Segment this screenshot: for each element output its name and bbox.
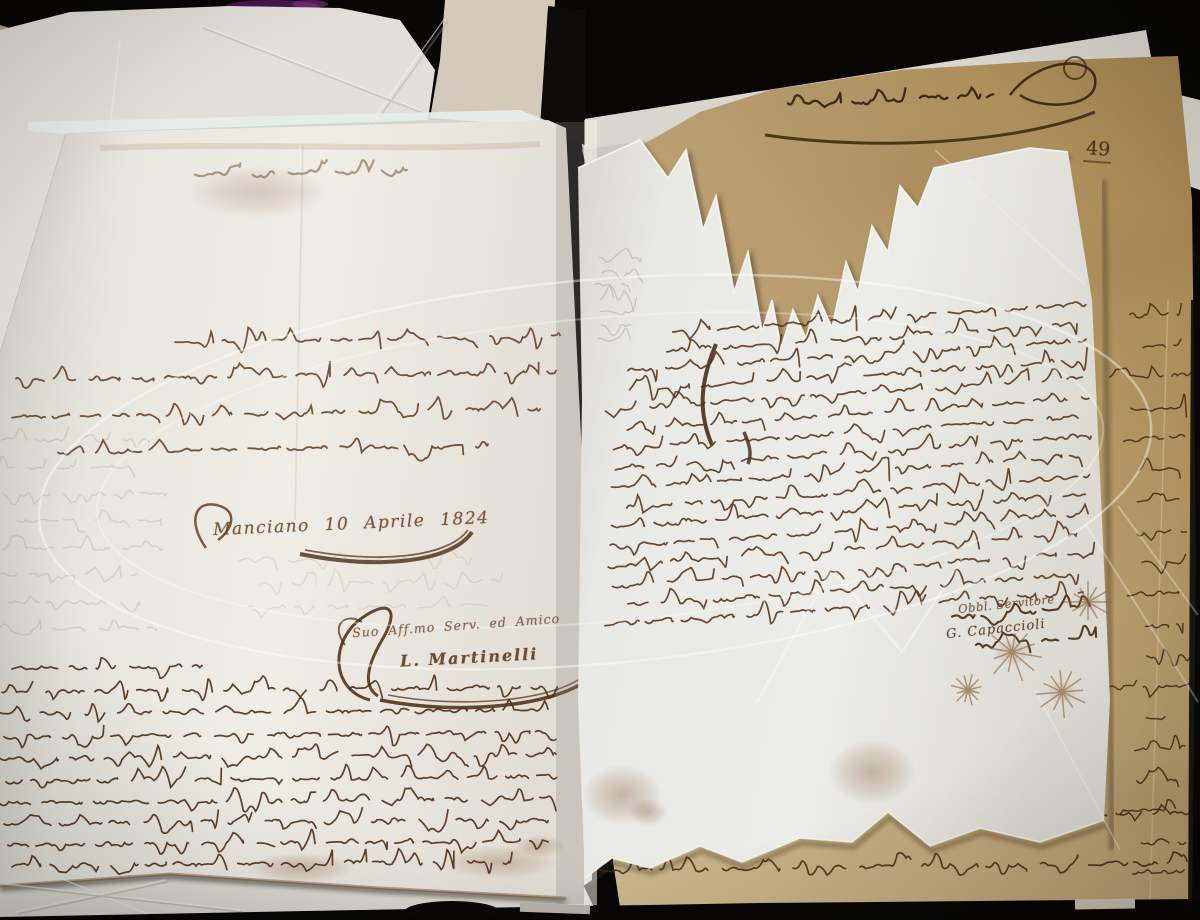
photo-of-letters: Manciano 10 Aprile 1824 Suo Aff.mo Serv.…: [0, 0, 1200, 920]
vignette: [0, 0, 1200, 920]
letters-scene: [0, 0, 1200, 920]
